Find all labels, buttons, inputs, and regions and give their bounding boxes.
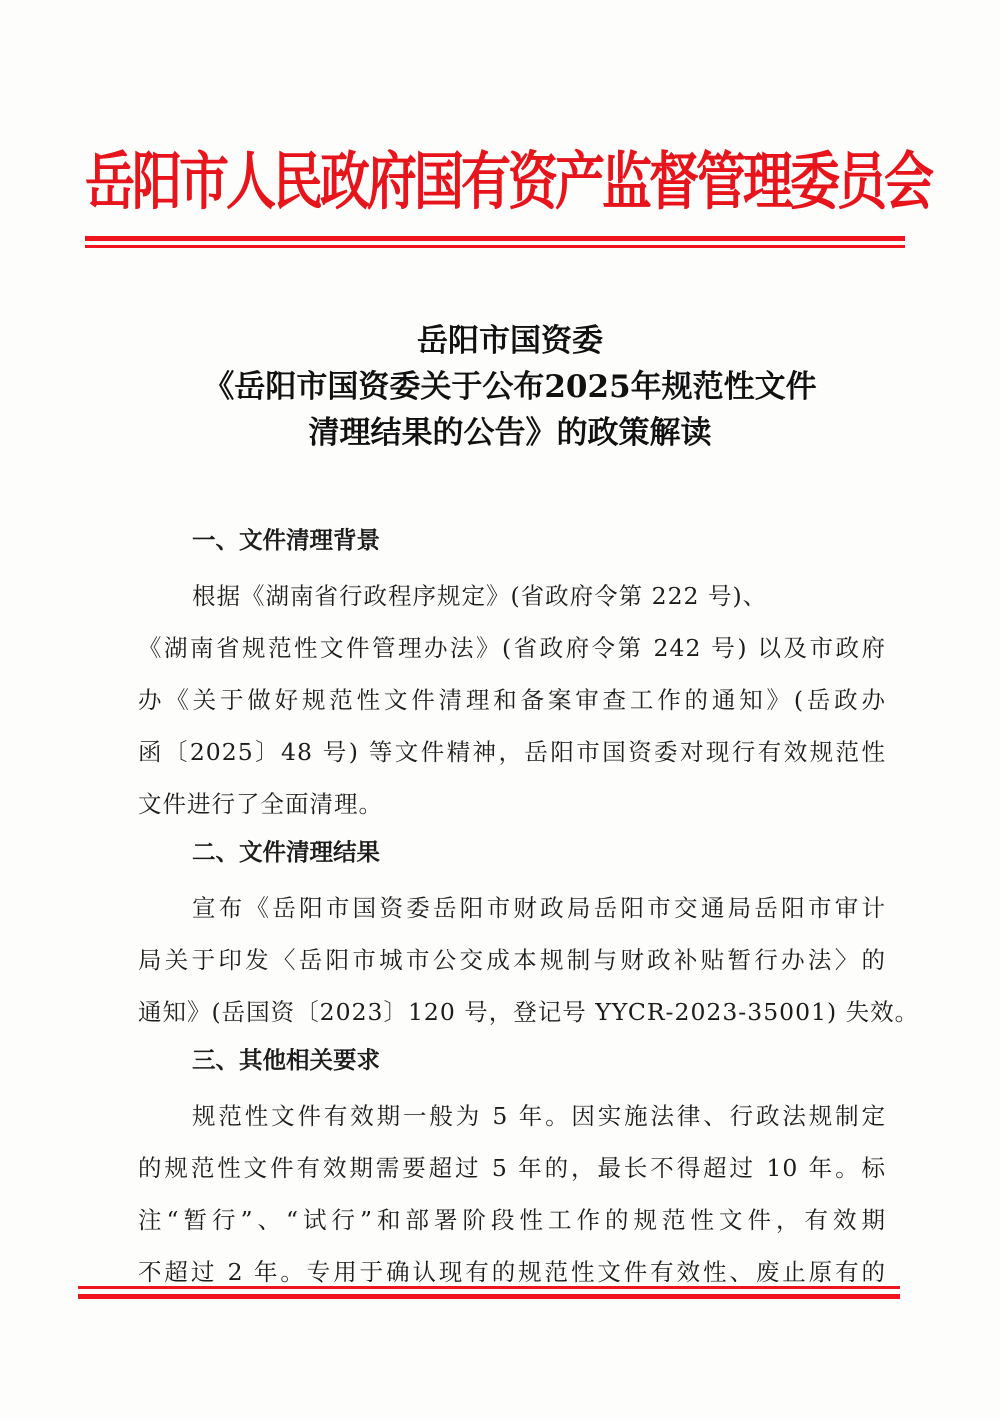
paragraph-line: 宣布《岳阳市国资委岳阳市财政局岳阳市交通局岳阳市审计 <box>138 882 886 934</box>
footer-divider-thick <box>78 1294 900 1299</box>
paragraph-line: 不超过 2 年。专用于确认现有的规范性文件有效性、废止原有的 <box>138 1246 886 1298</box>
section-heading-results: 二、文件清理结果 <box>138 830 886 882</box>
paragraph-line: 局关于印发〈岳阳市城市公交成本规制与财政补贴暂行办法〉的 <box>138 934 886 986</box>
document-body: 一、文件清理背景 根据《湖南省行政程序规定》(省政府令第 222 号)、 《湖南… <box>138 518 886 1298</box>
title-line-1: 岳阳市国资委 <box>140 318 880 364</box>
paragraph-line: 通知》(岳国资〔2023〕120 号，登记号 YYCR-2023-35001) … <box>138 986 886 1038</box>
document-title: 岳阳市国资委 《岳阳市国资委关于公布2025年规范性文件 清理结果的公告》的政策… <box>140 318 880 456</box>
letterhead-organization-name: 岳阳市人民政府国有资产监督管理委员会 <box>85 138 905 226</box>
paragraph-line: 根据《湖南省行政程序规定》(省政府令第 222 号)、 <box>138 570 886 622</box>
paragraph-line: 文件进行了全面清理。 <box>138 778 886 830</box>
paragraph-line: 规范性文件有效期一般为 5 年。因实施法律、行政法规制定 <box>138 1090 886 1142</box>
paragraph-line: 《湖南省规范性文件管理办法》(省政府令第 242 号) 以及市政府 <box>138 622 886 674</box>
letterhead-divider-thick <box>85 236 905 241</box>
footer-divider-thin <box>78 1286 900 1289</box>
paragraph-line: 注“暂行”、“试行”和部署阶段性工作的规范性文件，有效期 <box>138 1194 886 1246</box>
section-heading-background: 一、文件清理背景 <box>138 518 886 570</box>
paragraph-line: 办《关于做好规范性文件清理和备案审查工作的通知》(岳政办 <box>138 674 886 726</box>
section-heading-other-requirements: 三、其他相关要求 <box>138 1038 886 1090</box>
title-line-3: 清理结果的公告》的政策解读 <box>140 410 880 456</box>
paragraph-line: 的规范性文件有效期需要超过 5 年的，最长不得超过 10 年。标 <box>138 1142 886 1194</box>
paragraph-line: 函〔2025〕48 号) 等文件精神，岳阳市国资委对现行有效规范性 <box>138 726 886 778</box>
letterhead-divider-thin <box>85 245 905 248</box>
title-line-2: 《岳阳市国资委关于公布2025年规范性文件 <box>140 364 880 410</box>
